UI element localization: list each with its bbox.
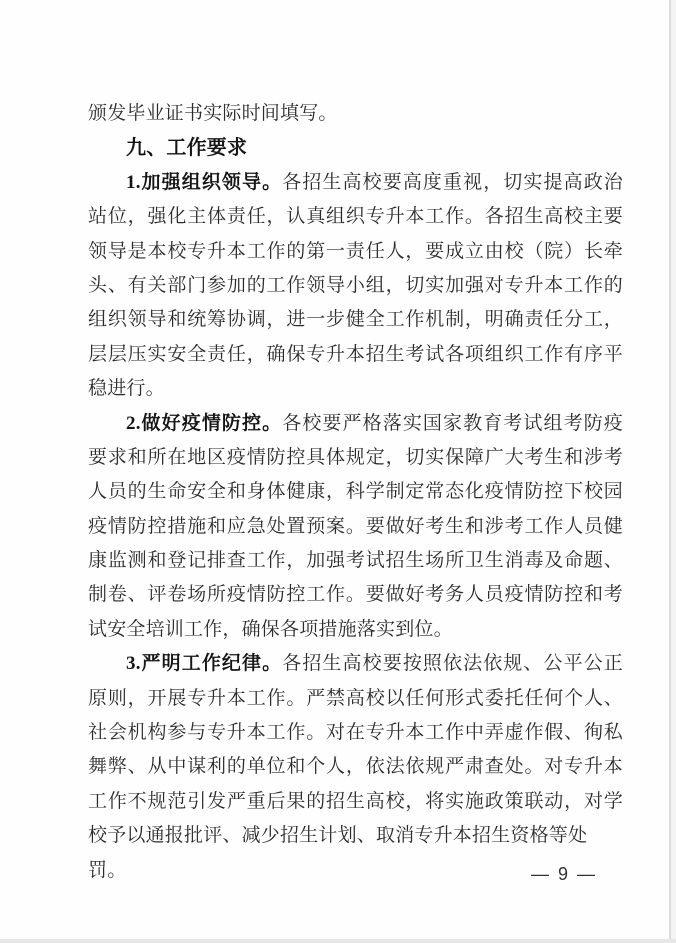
text-line: 领导是本校专升本工作的第一责任人，要成立由校（院）长牵 [88,235,623,269]
bold-lead-text: 3.严明工作纪律。 [126,653,282,674]
text-line: 站位，强化主体责任，认真组织专升本工作。各招生高校主要 [88,200,623,234]
document-body: 颁发毕业证书实际时间填写。九、工作要求1.加强组织领导。各招生高校要高度重视，切… [88,97,623,854]
body-text: 校予以通报批评、减少招生计划、取消专升本招生资格等处罚。 [88,825,587,880]
body-text: 疫情防控措施和应急处置预案。要做好考生和涉考工作人员健 [88,516,623,537]
body-text: 颁发毕业证书实际时间填写。 [88,103,338,124]
page-number: — 9 — [518,862,610,886]
bold-lead-text: 1.加强组织领导。 [126,172,282,193]
bold-lead-text: 九、工作要求 [126,137,247,159]
text-line: 人员的生命安全和身体健康，科学制定常态化疫情防控下校园 [88,475,623,509]
body-text: 原则，开展专升本工作。严禁高校以任何形式委托任何个人、 [88,688,623,709]
text-line: 制卷、评卷场所疫情防控工作。要做好考务人员疫情防控和考 [88,578,623,612]
body-text: 层层压实安全责任，确保专升本招生考试各项组织工作有序平 [88,344,623,365]
body-text: 工作不规范引发严重后果的招生高校，将实施政策联动，对学 [88,791,623,812]
body-text: 领导是本校专升本工作的第一责任人，要成立由校（院）长牵 [88,241,623,262]
text-line: 要求和所在地区疫情防控具体规定，切实保障广大考生和涉考 [88,441,623,475]
body-text: 各招生高校要高度重视，切实提高政治 [282,172,623,193]
body-text: 组织领导和统筹协调，进一步健全工作机制，明确责任分工， [88,309,623,330]
text-line: 1.加强组织领导。各招生高校要高度重视，切实提高政治 [88,166,623,200]
body-text: 社会机构参与专升本工作。对在专升本工作中弄虚作假、徇私 [88,722,623,743]
text-line: 康监测和登记排查工作，加强考试招生场所卫生消毒及命题、 [88,544,623,578]
body-text: 要求和所在地区疫情防控具体规定，切实保障广大考生和涉考 [88,447,623,468]
body-text: 稳进行。 [88,378,165,399]
body-text: 舞弊、从中谋利的单位和个人，依法依规严肃查处。对专升本 [88,756,623,777]
text-line: 社会机构参与专升本工作。对在专升本工作中弄虚作假、徇私 [88,716,623,750]
text-line: 工作不规范引发严重后果的招生高校，将实施政策联动，对学 [88,785,623,819]
text-line: 颁发毕业证书实际时间填写。 [88,97,623,131]
body-text: 康监测和登记排查工作，加强考试招生场所卫生消毒及命题、 [88,550,623,571]
text-line: 舞弊、从中谋利的单位和个人，依法依规严肃查处。对专升本 [88,750,623,784]
body-text: 各校要严格落实国家教育考试组考防疫 [282,413,623,434]
text-line: 头、有关部门参加的工作领导小组，切实加强对专升本工作的 [88,269,623,303]
body-text: 试安全培训工作，确保各项措施落实到位。 [88,619,453,640]
body-text: 人员的生命安全和身体健康，科学制定常态化疫情防控下校园 [88,481,623,502]
text-line: 校予以通报批评、减少招生计划、取消专升本招生资格等处罚。 [88,819,623,853]
text-line: 稳进行。 [88,372,623,406]
body-text: 头、有关部门参加的工作领导小组，切实加强对专升本工作的 [88,275,623,296]
section-heading-line: 九、工作要求 [88,131,623,165]
scan-edge-right-line [669,0,671,943]
scanned-document-page: 颁发毕业证书实际时间填写。九、工作要求1.加强组织领导。各招生高校要高度重视，切… [0,0,676,943]
text-line: 疫情防控措施和应急处置预案。要做好考生和涉考工作人员健 [88,510,623,544]
text-line: 2.做好疫情防控。各校要严格落实国家教育考试组考防疫 [88,407,623,441]
text-line: 层层压实安全责任，确保专升本招生考试各项组织工作有序平 [88,338,623,372]
text-line: 组织领导和统筹协调，进一步健全工作机制，明确责任分工， [88,303,623,337]
text-line: 试安全培训工作，确保各项措施落实到位。 [88,613,623,647]
body-text: 制卷、评卷场所疫情防控工作。要做好考务人员疫情防控和考 [88,584,623,605]
text-line: 原则，开展专升本工作。严禁高校以任何形式委托任何个人、 [88,682,623,716]
text-line: 3.严明工作纪律。各招生高校要按照依法依规、公平公正 [88,647,623,681]
body-text: 站位，强化主体责任，认真组织专升本工作。各招生高校主要 [88,206,623,227]
scan-edge-bottom-strip [0,939,676,943]
bold-lead-text: 2.做好疫情防控。 [126,413,282,434]
body-text: 各招生高校要按照依法依规、公平公正 [282,653,623,674]
